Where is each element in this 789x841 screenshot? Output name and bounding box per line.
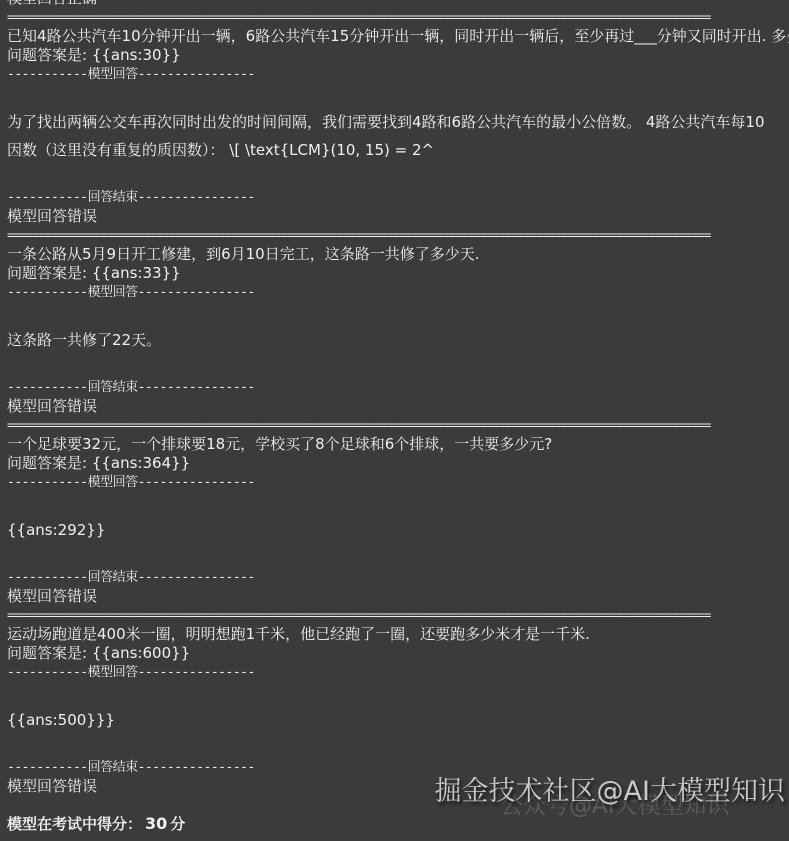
score-suffix: 分 (170, 815, 185, 833)
status-wrong: 模型回答错误 (7, 587, 789, 606)
model-answer-line: 因数（这里没有重复的质因数）： \[ \text{LCM}(10, 15) = … (7, 136, 789, 164)
question-text: 已知4路公共汽车10分钟开出一辆，6路公共汽车15分钟开出一辆，同时开出一辆后，… (7, 27, 789, 46)
answer-end-header: -----------回答结束---------------- (7, 758, 789, 777)
model-answer-header: -----------模型回答---------------- (7, 283, 789, 302)
exam-item: ========================================… (7, 8, 789, 226)
question-text: 运动场跑道是400米一圈，明明想跑1千米，他已经跑了一圈，还要跑多少米才是一千米… (7, 625, 789, 644)
answer-key-text: 问题答案是: {{ans:30}} (7, 46, 789, 65)
answer-key-text: 问题答案是: {{ans:364}} (7, 454, 789, 473)
score-value: 30 (142, 814, 170, 833)
question-text: 一条公路从5月9日开工修建，到6月10日完工，这条路一共修了多少天. (7, 245, 789, 264)
separator-line: ========================================… (7, 416, 789, 435)
final-score-line: 模型在考试中得分：30分 (7, 814, 789, 834)
status-wrong: 模型回答错误 (7, 207, 789, 226)
model-answer-body: {{ans:292}} (7, 516, 789, 544)
status-wrong: 模型回答错误 (7, 397, 789, 416)
model-answer-body: 为了找出两辆公交车再次同时出发的时间间隔，我们需要找到4路和6路公共汽车的最小公… (7, 108, 789, 164)
answer-end-header: -----------回答结束---------------- (7, 188, 789, 207)
model-answer-line: {{ans:292}} (7, 516, 789, 544)
model-answer-line: 为了找出两辆公交车再次同时出发的时间间隔，我们需要找到4路和6路公共汽车的最小公… (7, 108, 789, 136)
console-output: 模型回答正确 =================================… (0, 0, 789, 834)
exam-item: ========================================… (7, 226, 789, 416)
model-answer-body: {{ans:500}}} (7, 706, 789, 734)
status-wrong: 模型回答错误 (7, 777, 789, 796)
answer-end-header: -----------回答结束---------------- (7, 568, 789, 587)
answer-key-text: 问题答案是: {{ans:33}} (7, 264, 789, 283)
model-answer-header: -----------模型回答---------------- (7, 473, 789, 492)
separator-line: ========================================… (7, 226, 789, 245)
exam-item: ========================================… (7, 416, 789, 606)
model-answer-line: 这条路一共修了22天。 (7, 326, 789, 354)
score-prefix: 模型在考试中得分： (7, 815, 142, 833)
exam-item: ========================================… (7, 606, 789, 796)
model-answer-body: 这条路一共修了22天。 (7, 326, 789, 354)
model-answer-header: -----------模型回答---------------- (7, 65, 789, 84)
console-output-page: { "page": { "background": "#3b3b3b", "te… (0, 0, 789, 841)
answer-key-text: 问题答案是: {{ans:600}} (7, 644, 789, 663)
answer-end-header: -----------回答结束---------------- (7, 378, 789, 397)
separator-line: ========================================… (7, 8, 789, 27)
question-text: 一个足球要32元，一个排球要18元，学校买了8个足球和6个排球，一共要多少元? (7, 435, 789, 454)
separator-line: ========================================… (7, 606, 789, 625)
model-answer-header: -----------模型回答---------------- (7, 663, 789, 682)
model-answer-line: {{ans:500}}} (7, 706, 789, 734)
status-correct-clipped: 模型回答正确 (7, 0, 789, 8)
